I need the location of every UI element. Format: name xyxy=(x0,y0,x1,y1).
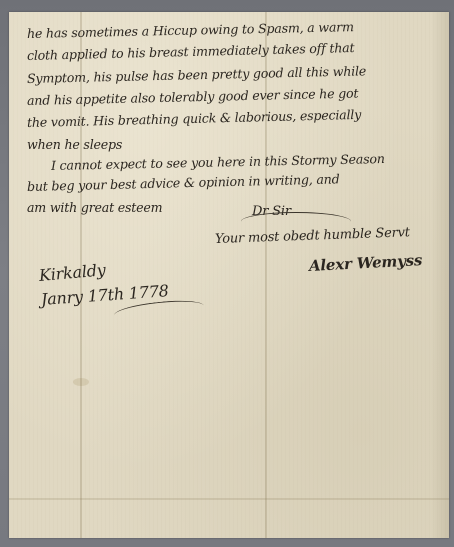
body-line-6: when he sleeps xyxy=(27,137,122,152)
fold-line-bottom xyxy=(9,498,449,500)
scanned-letter: he has sometimes a Hiccup owing to Spasm… xyxy=(0,0,454,547)
body-line-2: cloth applied to his breast immediately … xyxy=(27,40,355,63)
body-line-5: the vomit. His breathing quick & laborio… xyxy=(27,107,361,130)
body-line-1: he has sometimes a Hiccup owing to Spasm… xyxy=(27,19,354,41)
paper-stain xyxy=(73,378,89,386)
closing-line-2: but beg your best advice & opinion in wr… xyxy=(27,171,340,194)
valediction: Your most obedt humble Servt xyxy=(215,225,410,247)
closing-line-3: am with great esteem xyxy=(27,200,162,215)
closing-line-1: I cannot expect to see you here in this … xyxy=(51,151,385,173)
body-line-4: and his appetite also tolerably good eve… xyxy=(27,85,359,108)
signature: Alexr Wemyss xyxy=(309,251,423,275)
body-line-3: Symptom, his pulse has been pretty good … xyxy=(27,63,366,86)
letter-page: he has sometimes a Hiccup owing to Spasm… xyxy=(9,12,449,538)
place-name: Kirkaldy xyxy=(38,260,106,285)
